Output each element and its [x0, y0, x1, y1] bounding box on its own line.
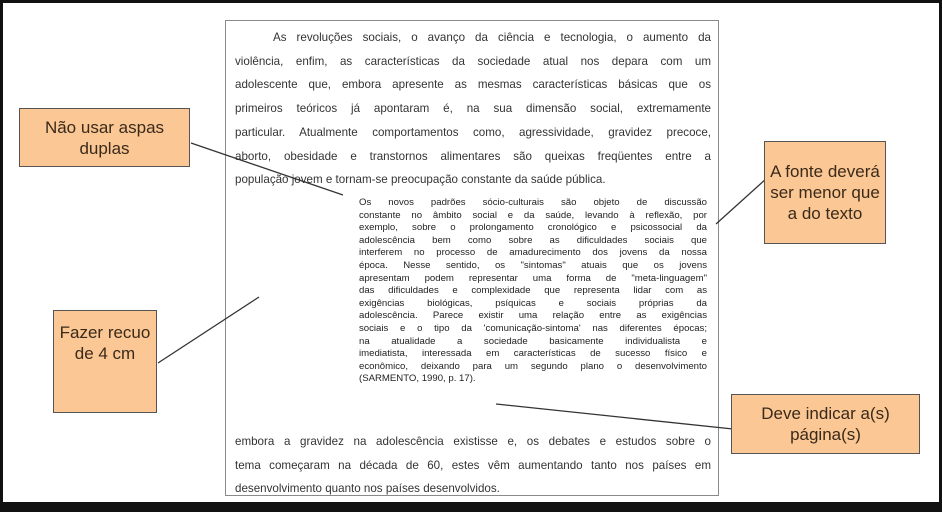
text-line: primeiros teóricos já apontaram é, na su…: [235, 97, 711, 121]
text-line: embora a gravidez na adolescência existi…: [235, 430, 711, 454]
callout-smaller-font: A fonte deverá ser menor que a do texto: [764, 141, 886, 244]
citation-line: constante no âmbito social e da saúde, l…: [359, 210, 707, 223]
text-line: tema começaram na década de 60, estes vê…: [235, 454, 711, 478]
citation-line: imediatista, interessada em característi…: [359, 348, 707, 361]
citation-line: das dificuldades e complexidade que repr…: [359, 285, 707, 298]
citation-line: interferem no processo de amadurecimento…: [359, 247, 707, 260]
text-line: particular. Atualmente comportamentos co…: [235, 121, 711, 145]
citation-line: adolescência. Parece existir uma relação…: [359, 310, 707, 323]
citation-line: adolescência bem como sobre as dificulda…: [359, 235, 707, 248]
text-line: aborto, obesidade e transtornos alimenta…: [235, 145, 711, 169]
citation-reference: (SARMENTO, 1990, p. 17).: [359, 373, 707, 386]
text-line: adolescente que, embora apresente as mes…: [235, 73, 711, 97]
text-line: violência, enfim, as características da …: [235, 50, 711, 74]
paragraph-continuation: embora a gravidez na adolescência existi…: [235, 430, 711, 501]
citation-line: Os novos padrões sócio-culturais são obj…: [359, 197, 707, 210]
text-line: As revoluções sociais, o avanço da ciênc…: [235, 26, 711, 50]
citation-line: sociais e o tipo da 'comunicação-sintoma…: [359, 323, 707, 336]
callout-indent-4cm: Fazer recuo de 4 cm: [53, 310, 157, 413]
citation-line: econômico, deixando para um segundo plan…: [359, 361, 707, 374]
citation-line: na atualidade a sociedade basicamente in…: [359, 336, 707, 349]
document-page: As revoluções sociais, o avanço da ciênc…: [225, 20, 719, 496]
paragraph-intro: As revoluções sociais, o avanço da ciênc…: [235, 26, 711, 192]
callout-page-number: Deve indicar a(s) página(s): [731, 394, 920, 454]
long-citation-block: Os novos padrões sócio-culturais são obj…: [359, 197, 707, 386]
citation-line: época. Nesse sentido, os "sintomas" atua…: [359, 260, 707, 273]
callout-no-double-quotes: Não usar aspas duplas: [19, 108, 190, 167]
citation-line: apresentam podem representar uma forma d…: [359, 273, 707, 286]
text-line: população jovem e tornam-se preocupação …: [235, 168, 711, 192]
citation-line: exigências biológicas, psíquicas e socia…: [359, 298, 707, 311]
text-line: desenvolvimento quanto nos países desenv…: [235, 477, 711, 501]
citation-line: exemplo, sobre o prolongamento cronológi…: [359, 222, 707, 235]
